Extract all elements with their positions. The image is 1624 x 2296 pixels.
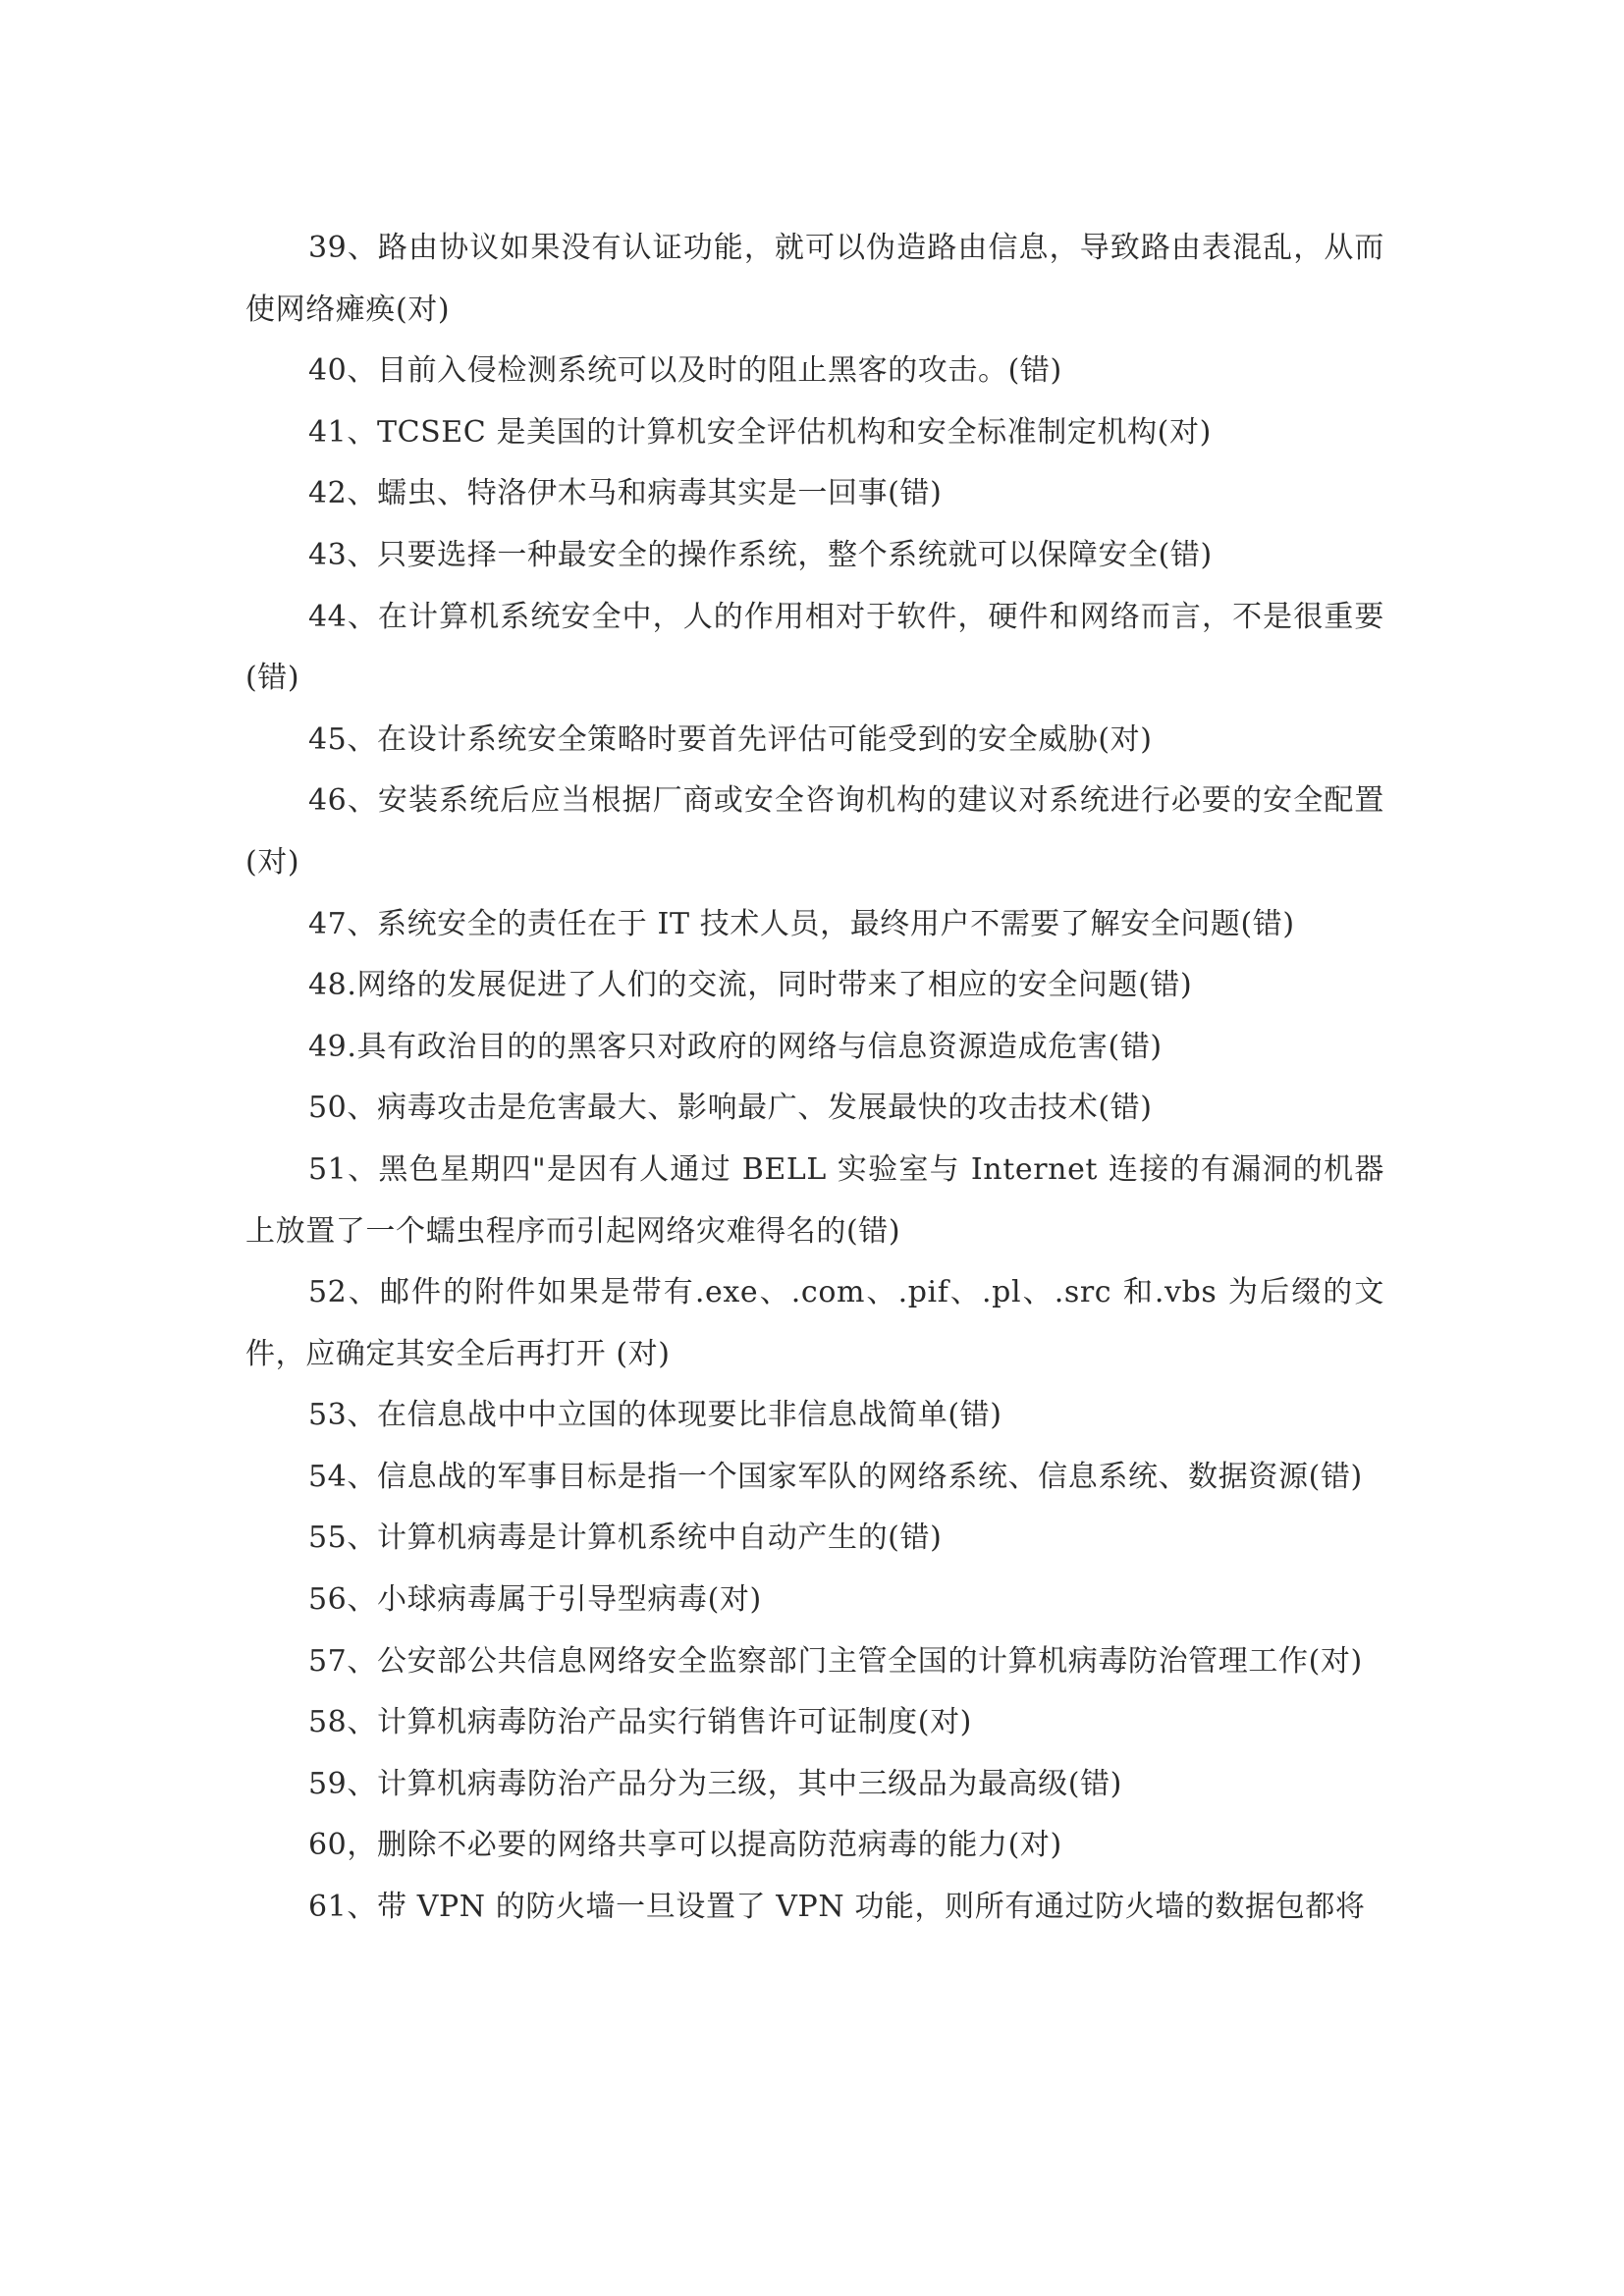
question-51: 51、黑色星期四"是因有人通过 BELL 实验室与 Internet 连接的有漏… — [245, 1140, 1384, 1262]
question-44: 44、在计算机系统安全中，人的作用相对于软件，硬件和网络而言，不是很重要(错) — [245, 587, 1384, 710]
question-40: 40、目前入侵检测系统可以及时的阻止黑客的攻击。(错) — [245, 341, 1384, 402]
question-60: 60，删除不必要的网络共享可以提高防范病毒的能力(对) — [245, 1815, 1384, 1877]
question-48: 48.网络的发展促进了人们的交流，同时带来了相应的安全问题(错) — [245, 955, 1384, 1017]
question-46: 46、安装系统后应当根据厂商或安全咨询机构的建议对系统进行必要的安全配置(对) — [245, 771, 1384, 893]
question-58: 58、计算机病毒防治产品实行销售许可证制度(对) — [245, 1692, 1384, 1754]
question-52: 52、邮件的附件如果是带有.exe、.com、.pif、.pl、.src 和.v… — [245, 1262, 1384, 1385]
question-53: 53、在信息战中中立国的体现要比非信息战简单(错) — [245, 1385, 1384, 1447]
question-49: 49.具有政治目的的黑客只对政府的网络与信息资源造成危害(错) — [245, 1017, 1384, 1079]
question-47: 47、系统安全的责任在于 IT 技术人员，最终用户不需要了解安全问题(错) — [245, 894, 1384, 956]
document-page: 39、路由协议如果没有认证功能，就可以伪造路由信息，导致路由表混乱，从而使网络瘫… — [245, 218, 1384, 1939]
question-59: 59、计算机病毒防治产品分为三级，其中三级品为最高级(错) — [245, 1754, 1384, 1816]
question-55: 55、计算机病毒是计算机系统中自动产生的(错) — [245, 1508, 1384, 1570]
question-43: 43、只要选择一种最安全的操作系统，整个系统就可以保障安全(错) — [245, 525, 1384, 587]
question-45: 45、在设计系统安全策略时要首先评估可能受到的安全威胁(对) — [245, 710, 1384, 772]
question-54: 54、信息战的军事目标是指一个国家军队的网络系统、信息系统、数据资源(错) — [245, 1447, 1384, 1509]
question-39: 39、路由协议如果没有认证功能，就可以伪造路由信息，导致路由表混乱，从而使网络瘫… — [245, 218, 1384, 341]
question-41: 41、TCSEC 是美国的计算机安全评估机构和安全标准制定机构(对) — [245, 402, 1384, 464]
question-57: 57、公安部公共信息网络安全监察部门主管全国的计算机病毒防治管理工作(对) — [245, 1631, 1384, 1693]
question-42: 42、蠕虫、特洛伊木马和病毒其实是一回事(错) — [245, 463, 1384, 525]
question-56: 56、小球病毒属于引导型病毒(对) — [245, 1570, 1384, 1631]
question-50: 50、病毒攻击是危害最大、影响最广、发展最快的攻击技术(错) — [245, 1078, 1384, 1140]
question-61: 61、带 VPN 的防火墙一旦设置了 VPN 功能，则所有通过防火墙的数据包都将 — [245, 1877, 1384, 1939]
